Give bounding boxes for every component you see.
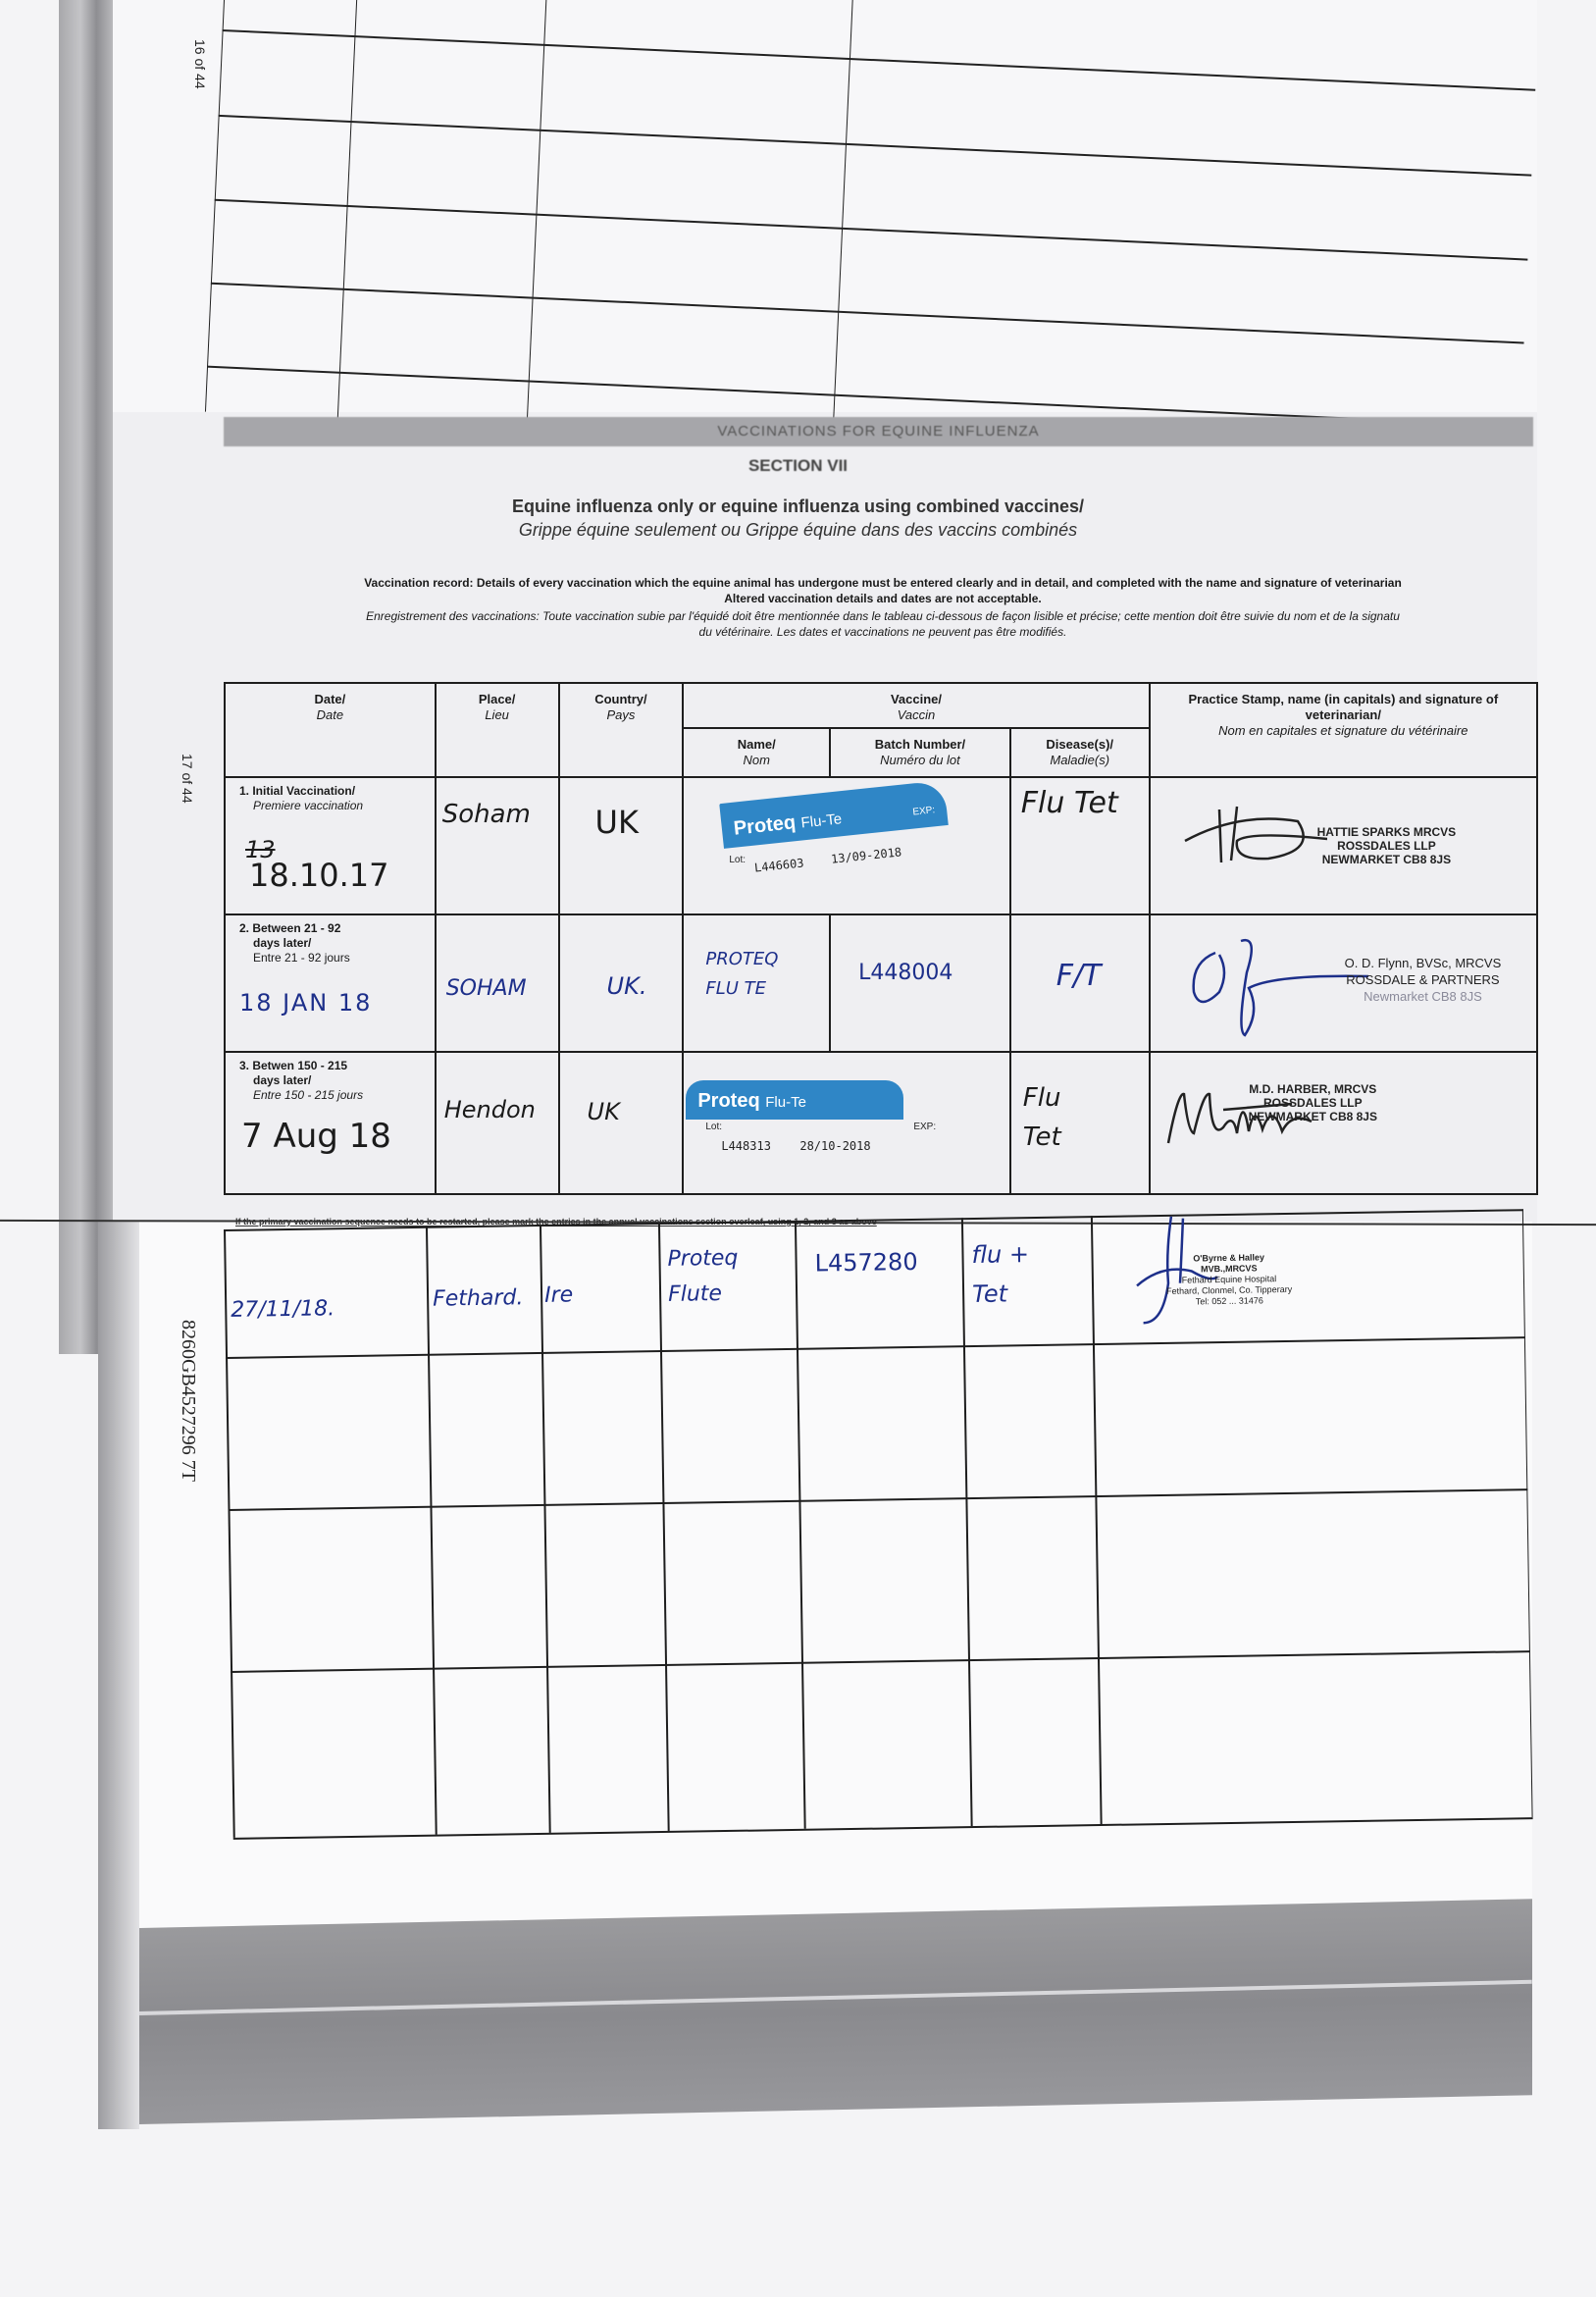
signature: [1180, 802, 1327, 870]
section-title-fr: Grippe équine seulement ou Grippe équine…: [0, 520, 1596, 541]
row-2-batch-number: L448004: [830, 914, 1010, 1052]
annual-vaccination-table: 27/11/18. Fethard. Ire Proteq Flute L457…: [224, 1209, 1533, 1838]
row-3-place: Hendon: [436, 1052, 559, 1194]
header-vaccine-name: Name/Nom: [683, 728, 830, 777]
previous-page-table: [205, 0, 1537, 471]
header-vaccine: Vaccine/Vaccin: [683, 683, 1149, 728]
row-1-diseases: Flu Tet: [1010, 777, 1150, 914]
header-place: Place/Lieu: [436, 683, 559, 777]
annual-country: Ire: [544, 1282, 573, 1307]
proteq-sticker: Proteq Flu-Te EXP:: [720, 780, 950, 849]
passport-number: 8260GB4527296 7T: [177, 1320, 199, 1482]
row-1-country: UK: [559, 777, 684, 914]
row-2-country: UK.: [559, 914, 684, 1052]
lot-number: L448313: [721, 1139, 771, 1153]
expiry-date: 28/10-2018: [799, 1139, 870, 1153]
proteq-sticker: Proteq Flu-Te: [686, 1080, 903, 1120]
header-practice-stamp: Practice Stamp, name (in capitals) and s…: [1150, 683, 1537, 777]
annual-vaccine-name: Proteq Flute: [667, 1240, 776, 1313]
header-batch-number: Batch Number/Numéro du lot: [830, 728, 1010, 777]
scanner-edge: [59, 0, 113, 1354]
row-2-diseases: F/T: [1010, 914, 1150, 1052]
row-2-stamp: O. D. Flynn, BVSc, MRCVSROSSDALE & PARTN…: [1150, 914, 1537, 1052]
date-value: 18.10.17: [249, 868, 389, 883]
intro-en: Vaccination record: Details of every vac…: [226, 575, 1540, 606]
annual-batch: L457280: [814, 1248, 917, 1278]
struck-date: 13: [245, 843, 276, 858]
row-1-place: Soham: [436, 777, 559, 914]
annual-diseases: flu + Tet: [971, 1234, 1051, 1314]
vet-stamp: O'Byrne & Halley MVB.,MRCVS Fethard Equi…: [1166, 1252, 1293, 1308]
row-3-vaccine-label: Proteq Flu-Te Lot: EXP: L448313 28/10-20…: [683, 1052, 1009, 1194]
row-2-vaccine-name: PROTEQ FLU TE: [683, 914, 830, 1052]
scanner-edge-lower: [98, 1222, 139, 2129]
section-title-en: Equine influenza only or equine influenz…: [0, 496, 1596, 517]
row-1-stamp: HATTIE SPARKS MRCVSROSSDALES LLPNEWMARKE…: [1150, 777, 1537, 914]
lot-number: L446603: [754, 856, 805, 874]
date-value: 18 JAN 18: [239, 996, 372, 1011]
table-row: 1. Initial Vaccination/ Premiere vaccina…: [225, 777, 1537, 914]
vet-stamp: M.D. HARBER, MRCVSROSSDALES LLPNEWMARKET…: [1249, 1082, 1377, 1123]
vet-stamp: O. D. Flynn, BVSc, MRCVSROSSDALE & PARTN…: [1345, 955, 1502, 1005]
row-1-vaccine-label: Proteq Flu-Te EXP: Lot: L446603 13/09-20…: [683, 777, 1009, 914]
row-1-date: 1. Initial Vaccination/ Premiere vaccina…: [225, 777, 436, 914]
row-3-stamp: M.D. HARBER, MRCVSROSSDALES LLPNEWMARKET…: [1150, 1052, 1537, 1194]
vaccination-table: Date/Date Place/Lieu Country/Pays Vaccin…: [224, 682, 1538, 1195]
page-number: 17 of 44: [180, 754, 195, 804]
intro-fr: Enregistrement des vaccinations: Toute v…: [226, 608, 1540, 640]
vet-stamp: HATTIE SPARKS MRCVSROSSDALES LLPNEWMARKE…: [1317, 825, 1457, 866]
scanner-shadow: [139, 1899, 1532, 2124]
table-row: 2. Between 21 - 92 days later/ Entre 21 …: [225, 914, 1537, 1052]
prev-page-number: 16 of 44: [192, 39, 208, 89]
row-3-date: 3. Betwen 150 - 215 days later/ Entre 15…: [225, 1052, 436, 1194]
row-3-diseases: Flu Tet: [1010, 1052, 1150, 1194]
expiry-date: 13/09-2018: [831, 845, 902, 865]
row-2-date: 2. Between 21 - 92 days later/ Entre 21 …: [225, 914, 436, 1052]
section-number: SECTION VII: [0, 456, 1596, 476]
table-row: 3. Betwen 150 - 215 days later/ Entre 15…: [225, 1052, 1537, 1194]
row-2-place: SOHAM: [436, 914, 559, 1052]
annual-date: 27/11/18.: [231, 1296, 335, 1323]
header-country: Country/Pays: [559, 683, 684, 777]
header-date: Date/Date: [225, 683, 436, 777]
annual-place: Fethard.: [433, 1285, 524, 1311]
header-diseases: Disease(s)/Maladie(s): [1010, 728, 1150, 777]
date-value: 7 Aug 18: [241, 1129, 391, 1144]
section-header-band: VACCINATIONS FOR EQUINE INFLUENZA: [224, 417, 1533, 446]
row-3-country: UK: [559, 1052, 684, 1194]
